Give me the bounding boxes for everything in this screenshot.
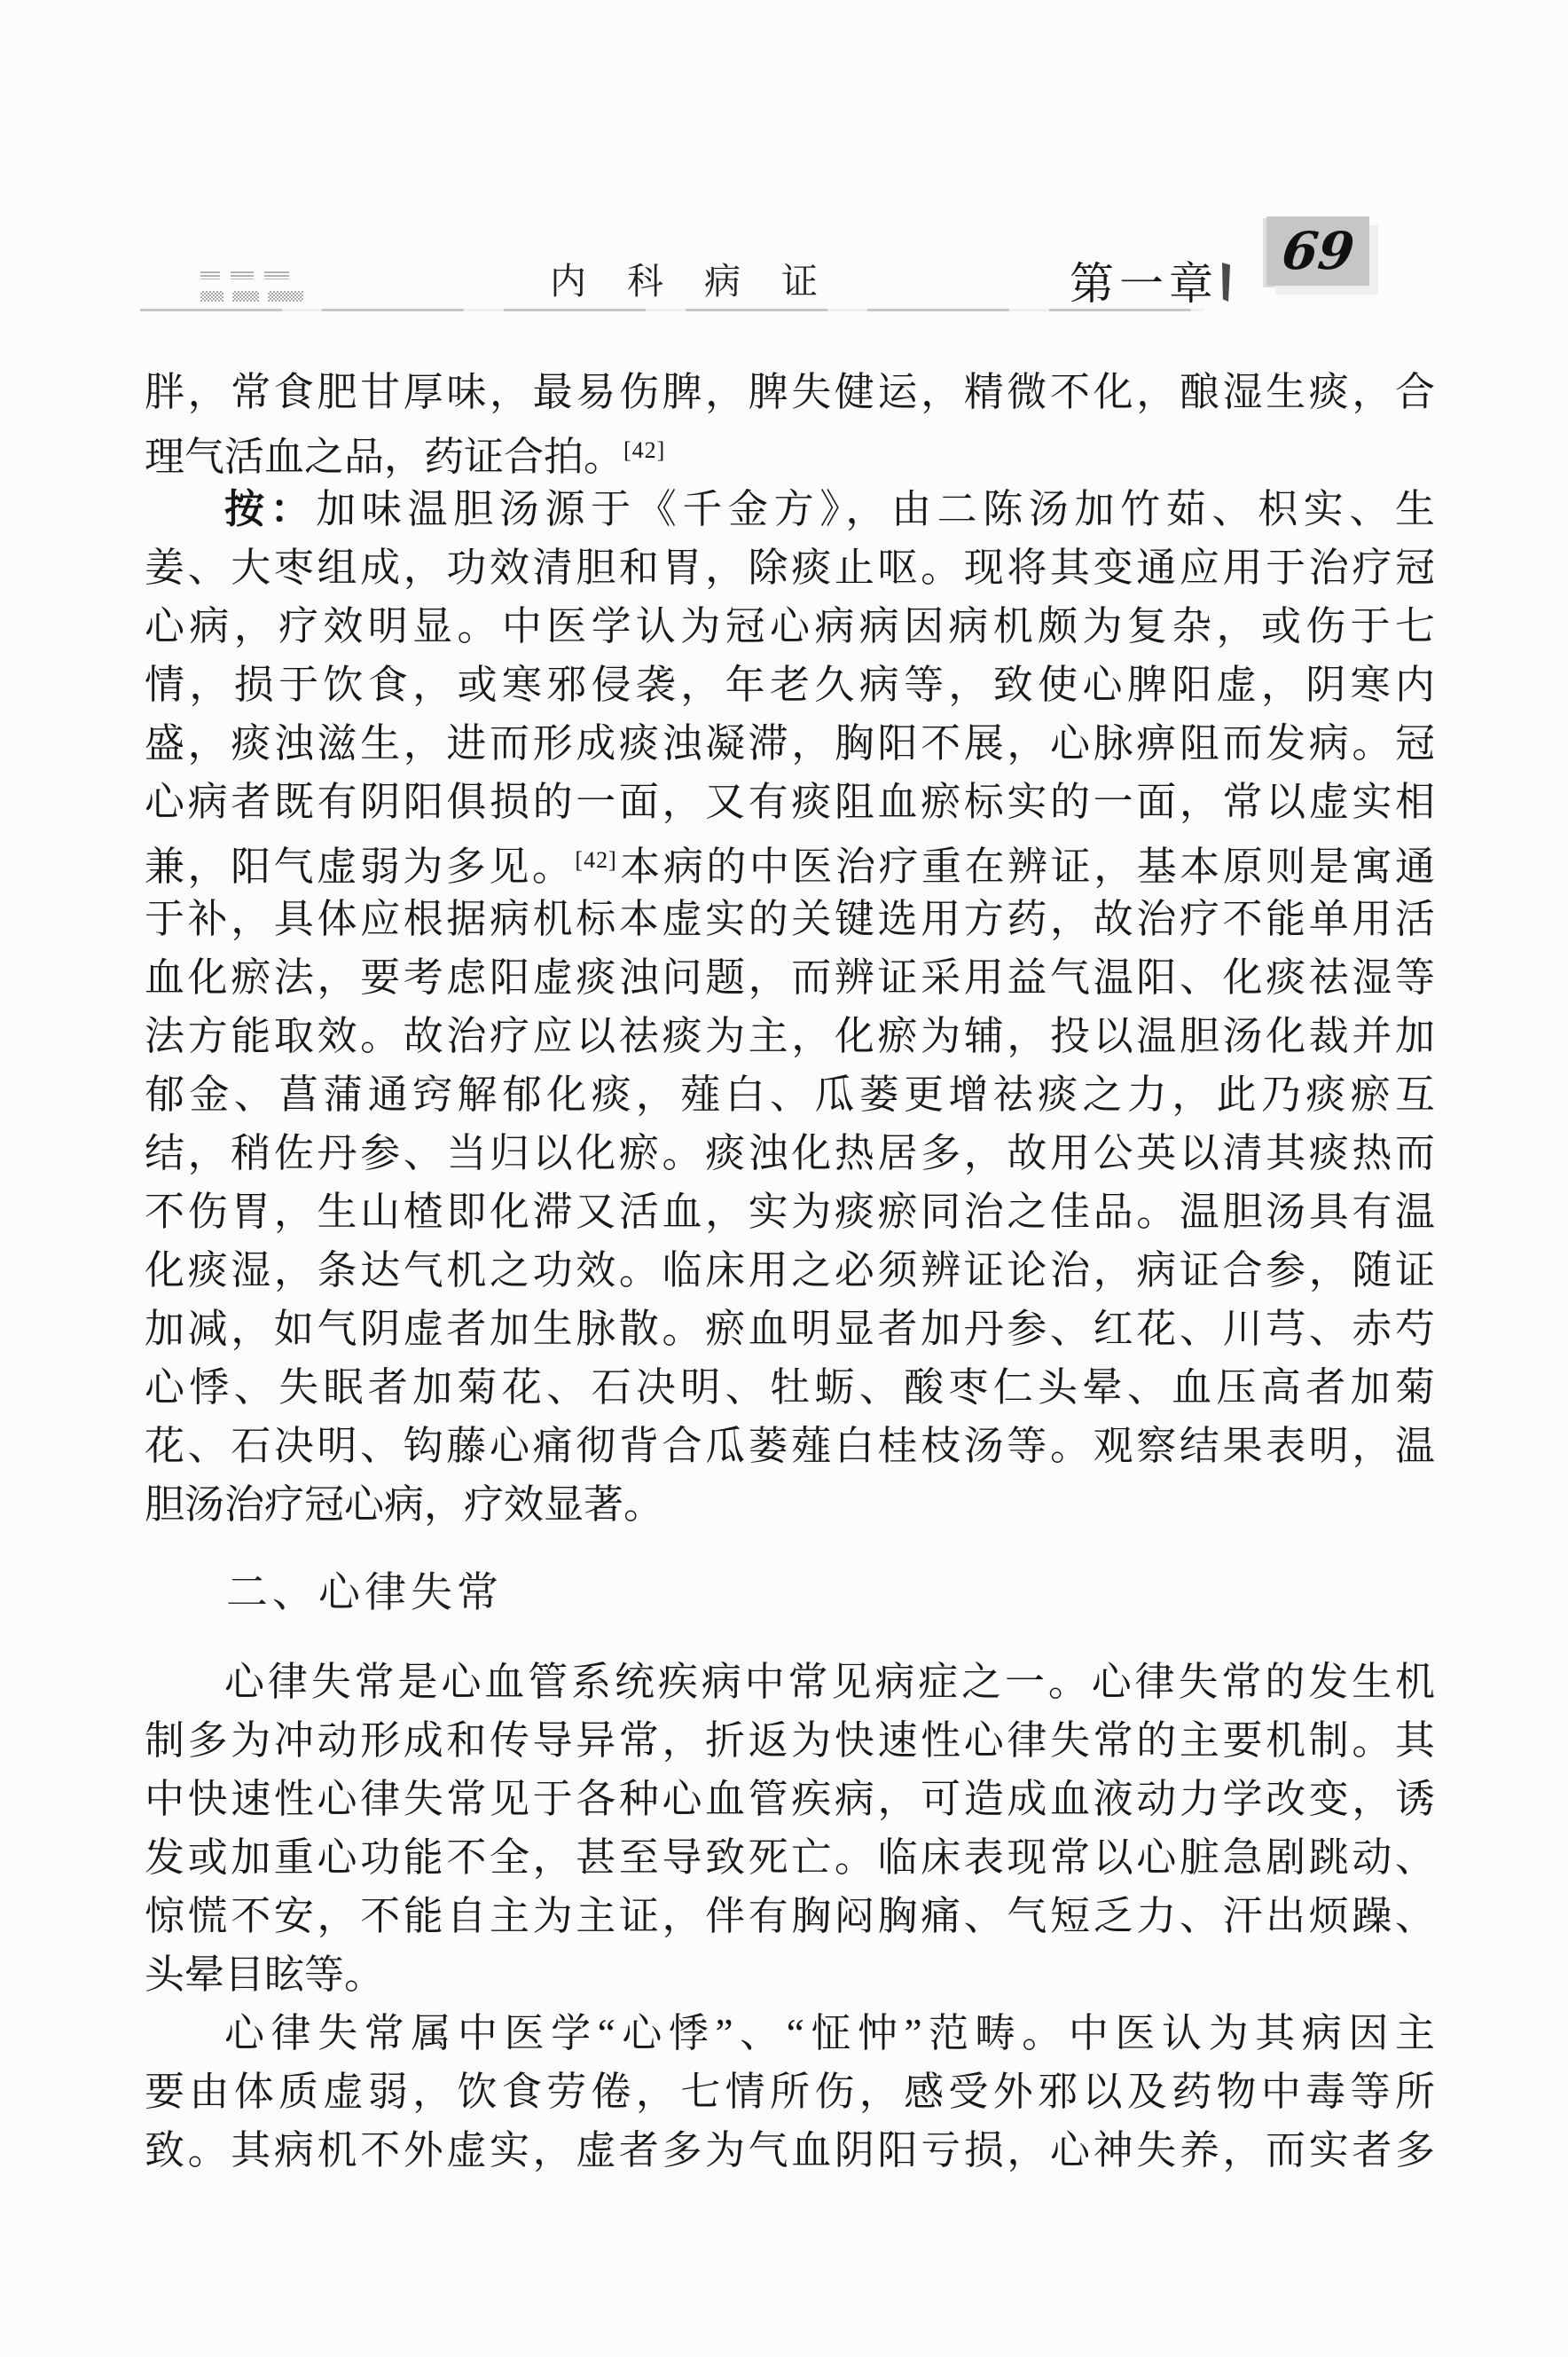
text-line: 中快速性心律失常见于各种心血管疾病，可造成血液动力学改变，诱 — [145, 1770, 1435, 1828]
text-segment: 兼，阳气虚弱为多见。 — [145, 845, 575, 889]
text-line: 惊慌不安，不能自主为主证，伴有胸闷胸痛、气短乏力、汗出烦躁、 — [145, 1887, 1435, 1945]
text-segment: 中快速性心律失常见于各种心血管疾病，可造成血液动力学改变，诱 — [145, 1777, 1435, 1821]
text-line: 发或加重心功能不全，甚至导致死亡。临床表现常以心脏急剧跳动、 — [145, 1828, 1435, 1887]
text-line: 法方能取效。故治疗应以祛痰为主，化瘀为辅，投以温胆汤化裁并加 — [145, 1007, 1435, 1065]
footnote-reference: [42] — [623, 437, 665, 463]
text-line: 头晕目眩等。 — [145, 1945, 1435, 2004]
header-rule — [140, 309, 1204, 311]
text-line: 不伤胃，生山楂即化滞又活血，实为痰瘀同治之佳品。温胆汤具有温 — [145, 1182, 1435, 1241]
text-line: 花、石决明、钩藤心痛彻背合瓜蒌薤白桂枝汤等。观察结果表明，温 — [145, 1417, 1435, 1475]
text-segment: 惊慌不安，不能自主为主证，伴有胸闷胸痛、气短乏力、汗出烦躁、 — [145, 1894, 1435, 1938]
text-line: 加减，如气阴虚者加生脉散。瘀血明显者加丹参、红花、川芎、赤芍 — [145, 1300, 1435, 1358]
text-segment: 发或加重心功能不全，甚至导致死亡。临床表现常以心脏急剧跳动、 — [145, 1835, 1435, 1880]
text-segment: 心病者既有阴阳俱损的一面，又有痰阻血瘀标实的一面，常以虚实相 — [145, 780, 1435, 824]
text-segment: 郁金、菖蒲通窍解郁化痰，薤白、瓜蒌更增祛痰之力，此乃痰瘀互 — [145, 1072, 1435, 1117]
text-segment: 心律失常属中医学“心悸”、“怔忡”范畴。中医认为其病因主 — [224, 2011, 1435, 2055]
text-segment: 要由体质虚弱，饮食劳倦，七情所伤，感受外邪以及药物中毒等所 — [145, 2070, 1435, 2114]
text-line: 致。其病机不外虚实，虚者多为气血阴阳亏损，心神失养，而实者多 — [145, 2121, 1435, 2180]
text-segment: 致。其病机不外虚实，虚者多为气血阴阳亏损，心神失养，而实者多 — [145, 2128, 1435, 2172]
text-segment: 胆汤治疗冠心病，疗效显著。 — [145, 1482, 663, 1527]
text-segment: 本病的中医治疗重在辨证，基本原则是寓通 — [617, 845, 1435, 889]
text-line: 血化瘀法，要考虑阳虚痰浊问题，而辨证采用益气温阳、化痰祛湿等 — [145, 948, 1435, 1007]
text-segment: 理气活血之品，药证合拍。 — [145, 435, 623, 479]
text-line: 心律失常是心血管系统疾病中常见病症之一。心律失常的发生机 — [145, 1653, 1435, 1711]
text-line: 制多为冲动形成和传导异常，折返为快速性心律失常的主要机制。其 — [145, 1711, 1435, 1770]
text-line: 结，稍佐丹参、当归以化瘀。痰浊化热居多，故用公英以清其痰热而 — [145, 1124, 1435, 1182]
text-line: 心律失常属中医学“心悸”、“怔忡”范畴。中医认为其病因主 — [145, 2004, 1435, 2062]
page-number-badge: 69 — [1266, 216, 1369, 286]
text-line: 兼，阳气虚弱为多见。[42]本病的中医治疗重在辨证，基本原则是寓通 — [145, 831, 1435, 890]
text-line: 情，损于饮食，或寒邪侵袭，年老久病等，致使心脾阳虚，阴寒内 — [145, 656, 1435, 714]
text-segment: 制多为冲动形成和传导异常，折返为快速性心律失常的主要机制。其 — [145, 1718, 1435, 1763]
text-segment: 心律失常是心血管系统疾病中常见病症之一。心律失常的发生机 — [224, 1660, 1435, 1704]
text-line: 于补，具体应根据病机标本虚实的关键选用方药，故治疗不能单用活 — [145, 890, 1435, 948]
text-line: 胆汤治疗冠心病，疗效显著。 — [145, 1475, 1435, 1534]
text-segment: 加味温胆汤源于《千金方》，由二陈汤加竹茹、枳实、生 — [316, 487, 1435, 531]
text-line: 胖，常食肥甘厚味，最易伤脾，脾失健运，精微不化，酿湿生痰，合 — [145, 363, 1435, 421]
running-header-chapter: 第一章 — [1070, 248, 1219, 312]
text-segment: 胖，常食肥甘厚味，最易伤脾，脾失健运，精微不化，酿湿生痰，合 — [145, 370, 1435, 414]
text-segment: 结，稍佐丹参、当归以化瘀。痰浊化热居多，故用公英以清其痰热而 — [145, 1131, 1435, 1175]
text-line: 心病，疗效明显。中医学认为冠心病病因病机颇为复杂，或伤于七 — [145, 597, 1435, 656]
running-header-title: 内科病证 — [550, 252, 851, 304]
text-segment: 法方能取效。故治疗应以祛痰为主，化瘀为辅，投以温胆汤化裁并加 — [145, 1014, 1435, 1058]
scan-artifact-marks — [200, 266, 307, 312]
book-page: 内科病证 第一章 69 胖，常食肥甘厚味，最易伤脾，脾失健运，精微不化，酿湿生痰… — [0, 0, 1568, 2357]
text-line: 按：加味温胆汤源于《千金方》，由二陈汤加竹茹、枳实、生 — [145, 480, 1435, 538]
text-segment: 于补，具体应根据病机标本虚实的关键选用方药，故治疗不能单用活 — [145, 897, 1435, 941]
text-segment: 心悸、失眠者加菊花、石决明、牡蛎、酸枣仁头晕、血压高者加菊 — [145, 1365, 1435, 1410]
section-heading: 二、心律失常 — [145, 1564, 1435, 1622]
text-line: 心病者既有阴阳俱损的一面，又有痰阻血瘀标实的一面，常以虚实相 — [145, 773, 1435, 831]
text-segment: 血化瘀法，要考虑阳虚痰浊问题，而辨证采用益气温阳、化痰祛湿等 — [145, 955, 1435, 1000]
page-number: 69 — [1279, 221, 1357, 281]
text-line: 化痰湿，条达气机之功效。临床用之必须辨证论治，病证合参，随证 — [145, 1241, 1435, 1300]
text-segment: 心病，疗效明显。中医学认为冠心病病因病机颇为复杂，或伤于七 — [145, 604, 1435, 648]
text-line: 姜、大枣组成，功效清胆和胃，除痰止呕。现将其变通应用于治疗冠 — [145, 538, 1435, 597]
text-line: 心悸、失眠者加菊花、石决明、牡蛎、酸枣仁头晕、血压高者加菊 — [145, 1358, 1435, 1417]
text-segment: 姜、大枣组成，功效清胆和胃，除痰止呕。现将其变通应用于治疗冠 — [145, 546, 1435, 590]
text-line: 理气活血之品，药证合拍。[42] — [145, 421, 1435, 480]
footnote-reference: [42] — [575, 847, 616, 873]
text-segment: 头晕目眩等。 — [145, 1952, 384, 1997]
text-segment: 加减，如气阴虚者加生脉散。瘀血明显者加丹参、红花、川芎、赤芍 — [145, 1307, 1435, 1351]
text-segment: 盛，痰浊滋生，进而形成痰浊凝滞，胸阳不展，心脉痹阻而发病。冠 — [145, 721, 1435, 766]
text-line: 盛，痰浊滋生，进而形成痰浊凝滞，胸阳不展，心脉痹阻而发病。冠 — [145, 714, 1435, 773]
text-segment: 情，损于饮食，或寒邪侵袭，年老久病等，致使心脾阳虚，阴寒内 — [145, 663, 1435, 707]
text-line: 要由体质虚弱，饮食劳倦，七情所伤，感受外邪以及药物中毒等所 — [145, 2062, 1435, 2121]
text-line: 郁金、菖蒲通窍解郁化痰，薤白、瓜蒌更增祛痰之力，此乃痰瘀互 — [145, 1065, 1435, 1124]
scan-stray-mark — [1222, 263, 1230, 302]
text-segment: 不伤胃，生山楂即化滞又活血，实为痰瘀同治之佳品。温胆汤具有温 — [145, 1190, 1435, 1234]
text-segment: 化痰湿，条达气机之功效。临床用之必须辨证论治，病证合参，随证 — [145, 1248, 1435, 1292]
text-segment: 花、石决明、钩藤心痛彻背合瓜蒌薤白桂枝汤等。观察结果表明，温 — [145, 1424, 1435, 1468]
text-segment: 按： — [224, 487, 316, 531]
page-body: 胖，常食肥甘厚味，最易伤脾，脾失健运，精微不化，酿湿生痰，合理气活血之品，药证合… — [145, 363, 1435, 2180]
